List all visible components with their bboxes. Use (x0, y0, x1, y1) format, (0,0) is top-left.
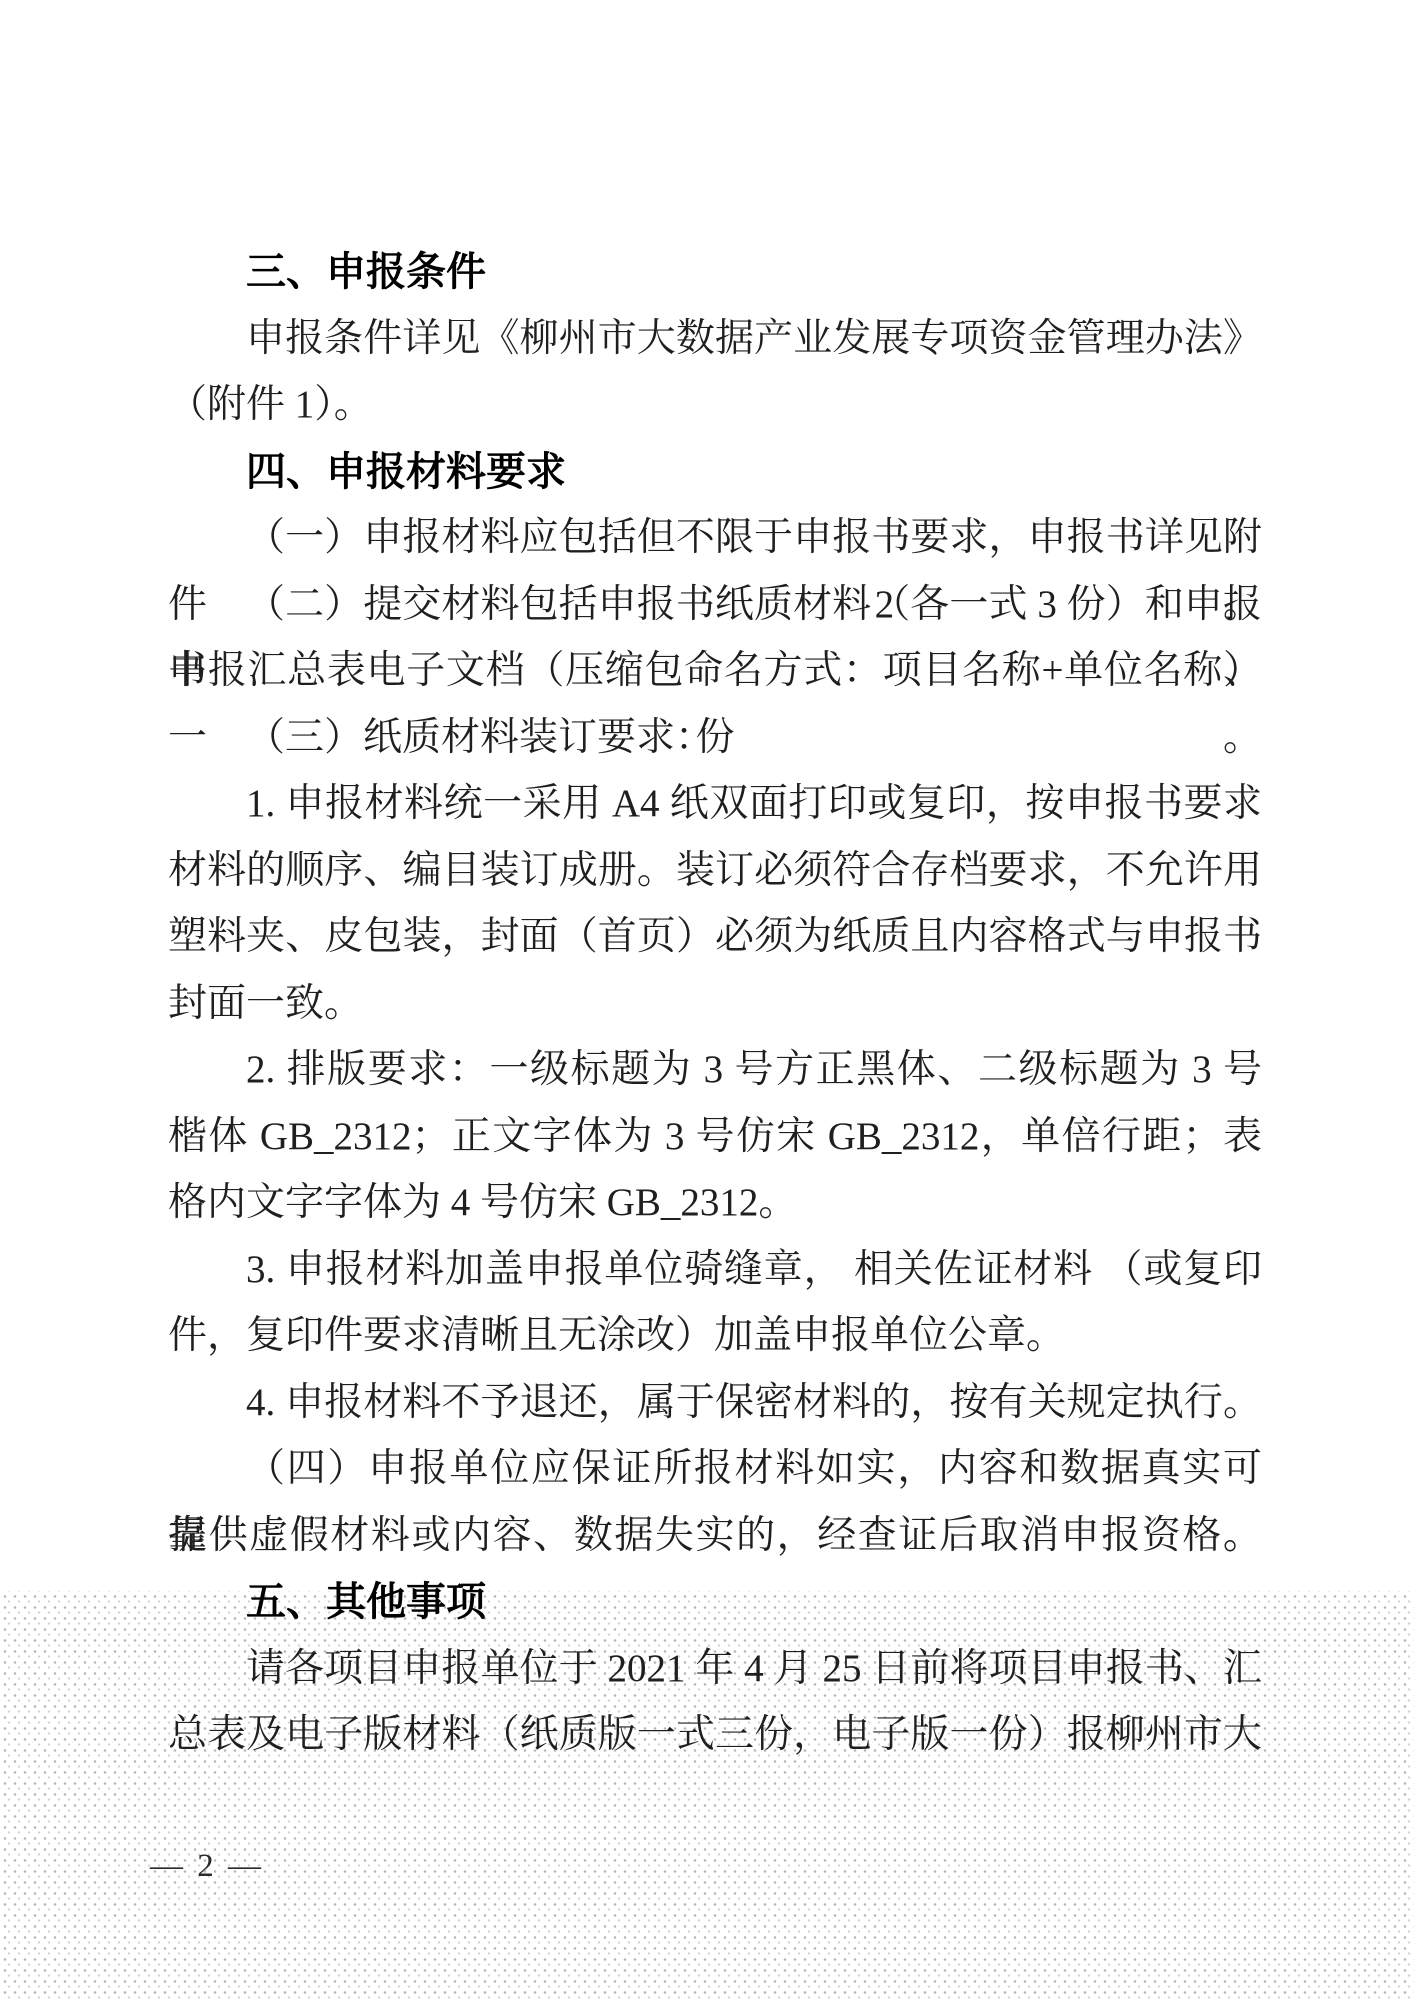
text-line: 请各项目申报单位于 2021 年 4 月 25 日前将项目申报书、汇 (168, 1636, 1262, 1703)
text-line: 格内文字字体为 4 号仿宋 GB_2312。 (168, 1170, 1262, 1237)
document-page: 三、申报条件申报条件详见《柳州市大数据产业发展专项资金管理办法》（附件 1）。四… (0, 0, 1414, 2000)
section-heading: 三、申报条件 (168, 239, 1262, 306)
text-line: 3. 申报材料加盖申报单位骑缝章， 相关佐证材料 （或复印 (168, 1237, 1262, 1304)
text-line: 楷体 GB_2312；正文字体为 3 号仿宋 GB_2312，单倍行距；表 (168, 1104, 1262, 1171)
section-heading: 四、申报材料要求 (168, 439, 1262, 506)
section-heading: 五、其他事项 (168, 1569, 1262, 1636)
text-line: 塑料夹、皮包装，封面（首页）必须为纸质且内容格式与申报书 (168, 904, 1262, 971)
text-line: 封面一致。 (168, 971, 1262, 1038)
text-line: 总表及电子版材料（纸质版一式三份，电子版一份）报柳州市大 (168, 1702, 1262, 1769)
text-line: （一）申报材料应包括但不限于申报书要求，申报书详见附件 2。 (168, 505, 1262, 572)
document-body: 三、申报条件申报条件详见《柳州市大数据产业发展专项资金管理办法》（附件 1）。四… (168, 239, 1262, 1769)
text-line: （二）提交材料包括申报书纸质材料（各一式 3 份）和申报书、 (168, 572, 1262, 639)
text-line: 1. 申报材料统一采用 A4 纸双面打印或复印，按申报书要求 (168, 771, 1262, 838)
page-number: — 2 — (150, 1848, 264, 1885)
text-line: 申报汇总表电子文档（压缩包命名方式：项目名称+单位名称）一份。 (168, 638, 1262, 705)
text-line: 件，复印件要求清晰且无涂改）加盖申报单位公章。 (168, 1303, 1262, 1370)
text-line: 提供虚假材料或内容、数据失实的，经查证后取消申报资格。 (168, 1503, 1262, 1570)
text-line: （附件 1）。 (168, 372, 1262, 439)
text-line: 材料的顺序、编目装订成册。装订必须符合存档要求，不允许用 (168, 838, 1262, 905)
text-line: 申报条件详见《柳州市大数据产业发展专项资金管理办法》 (168, 306, 1262, 373)
text-line: （四）申报单位应保证所报材料如实，内容和数据真实可靠。 (168, 1436, 1262, 1503)
text-line: 2. 排版要求：一级标题为 3 号方正黑体、二级标题为 3 号 (168, 1037, 1262, 1104)
text-line: 4. 申报材料不予退还，属于保密材料的，按有关规定执行。 (168, 1370, 1262, 1437)
